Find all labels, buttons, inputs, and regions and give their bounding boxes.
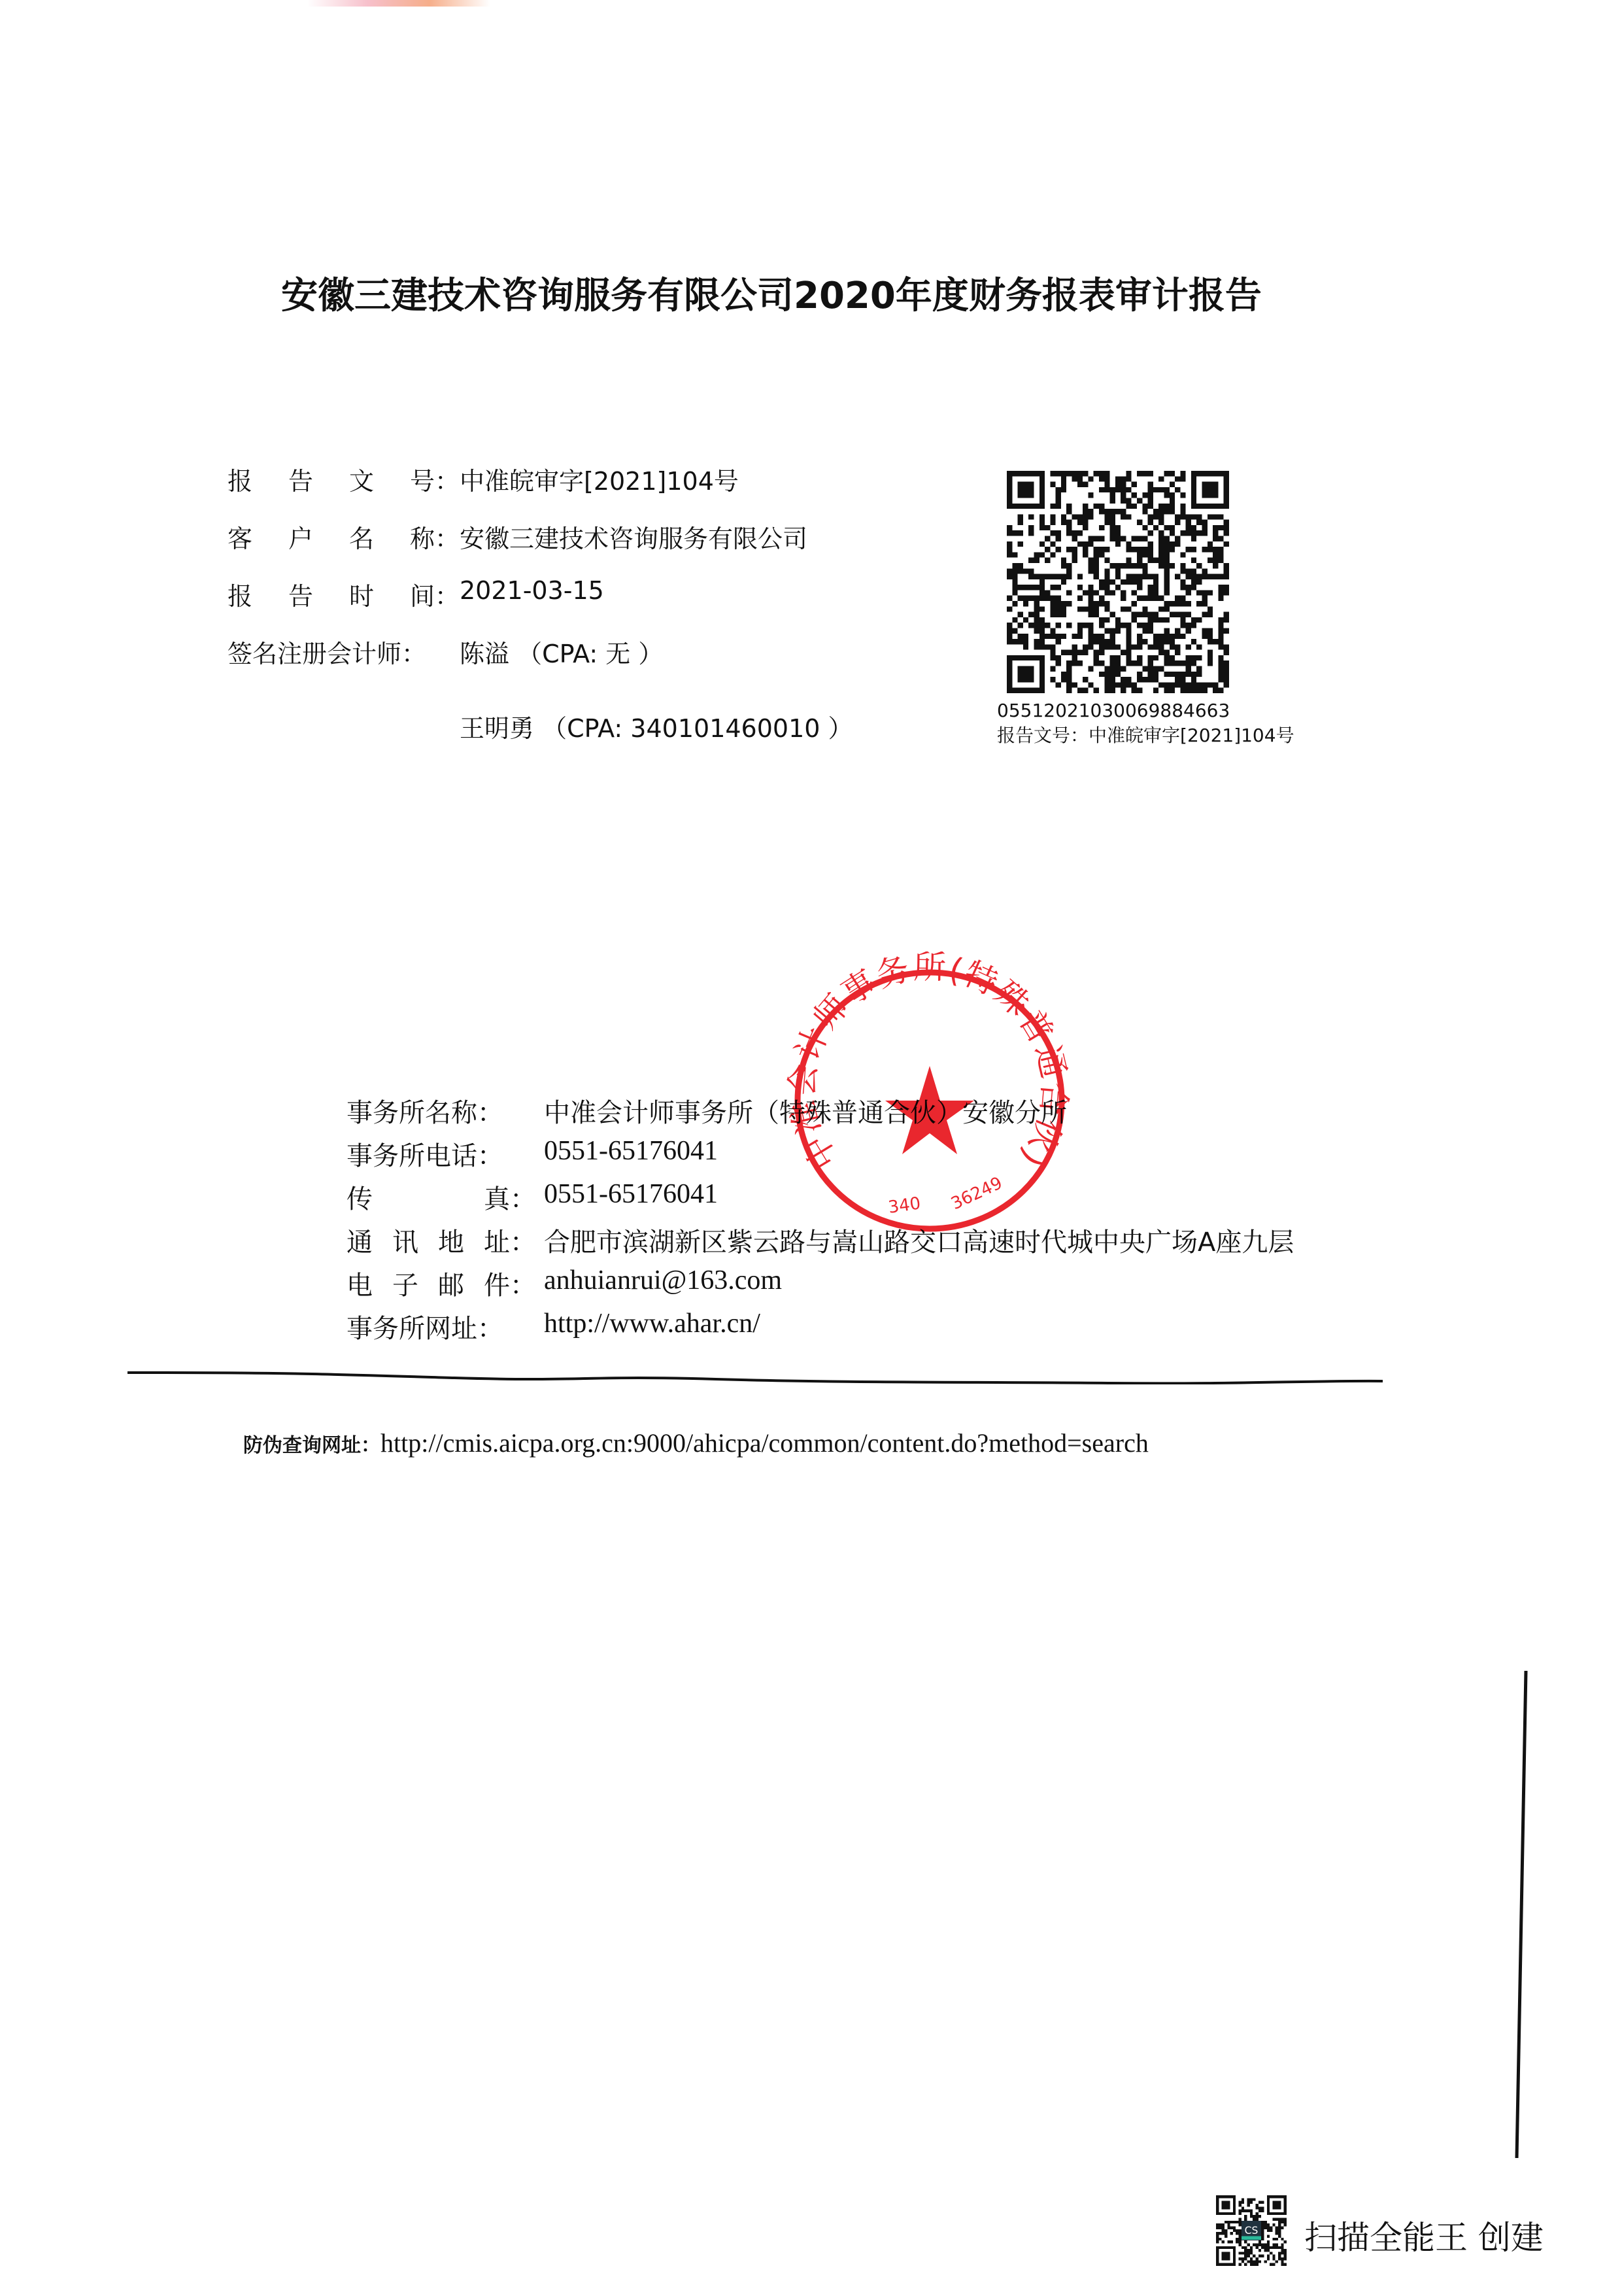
label-text: 事务所名称： (346, 1092, 503, 1129)
signing-cpa-label: 签名注册会计师： (228, 634, 460, 670)
signing-cpa-row-2: 王明勇 （CPA: 340101460010 ） (228, 708, 853, 744)
svg-text:36249: 36249 (948, 1173, 1005, 1214)
firm-address-label: 通 讯 地 址： (346, 1222, 536, 1259)
report-date-label: 报 告 时 间： (228, 576, 460, 612)
label-text: 签名注册会计师： (228, 634, 426, 670)
firm-fax-value: 0551-65176041 (544, 1178, 718, 1216)
report-number-label: 报 告 文 号： (228, 461, 460, 497)
label-char: 告 (288, 576, 313, 612)
firm-phone-row: 事务所电话： 0551-65176041 (346, 1135, 718, 1173)
empty-label (228, 708, 460, 744)
firm-name-value: 中准会计师事务所（特殊普通合伙）安徽分所 (544, 1092, 1067, 1129)
firm-phone-value: 0551-65176041 (544, 1135, 718, 1173)
document-title: 安徽三建技术咨询服务有限公司2020年度财务报表审计报告 (281, 267, 1353, 319)
qr-report-number: 报告文号：中准皖审字[2021]104号 (997, 723, 1294, 748)
verification-label: 防伪查询网址： (243, 1434, 380, 1457)
label-char: 报 (228, 576, 252, 612)
label-char: 传 (346, 1178, 373, 1216)
firm-website-row: 事务所网址： http://www.ahar.cn/ (346, 1308, 760, 1345)
qr-code-icon (1007, 471, 1229, 693)
firm-fax-row: 传 真： 0551-65176041 (346, 1178, 718, 1216)
qr-caption: 05512021030069884663 报告文号：中准皖审字[2021]104… (997, 698, 1294, 748)
label-char: 户 (288, 519, 313, 555)
label-text: 事务所网址： (346, 1308, 503, 1345)
label-char: 号： (410, 461, 460, 497)
svg-text:中准会计师事务所(特殊普通合伙)安徽分所: 中准会计师事务所(特殊普通合伙)安徽分所 (785, 951, 1072, 1176)
firm-fax-label: 传 真： (346, 1178, 536, 1216)
camscanner-qr-icon: CS (1216, 2195, 1287, 2266)
firm-name-label: 事务所名称： (346, 1092, 536, 1129)
firm-address-row: 通 讯 地 址： 合肥市滨湖新区紫云路与嵩山路交口高速时代城中央广场A座九层 (346, 1222, 1294, 1259)
label-char: 邮 (438, 1265, 464, 1302)
label-char: 件： (484, 1265, 536, 1302)
label-char: 子 (392, 1265, 418, 1302)
label-char: 文 (349, 461, 374, 497)
label-char: 真： (484, 1178, 536, 1216)
signing-cpa-row: 签名注册会计师： 陈溢 （CPA: 无 ） (228, 634, 663, 670)
firm-email-label: 电 子 邮 件： (346, 1265, 536, 1302)
report-date-row: 报 告 时 间： 2021-03-15 (228, 576, 604, 612)
label-char: 时 (349, 576, 374, 612)
label-char: 间： (410, 576, 460, 612)
svg-text:340: 340 (887, 1193, 922, 1218)
firm-website-label: 事务所网址： (346, 1308, 536, 1345)
firm-website-link[interactable]: http://www.ahar.cn/ (544, 1308, 760, 1345)
client-name-label: 客 户 名 称： (228, 519, 460, 555)
verification-line: 防伪查询网址：http://cmis.aicpa.org.cn:9000/ahi… (243, 1428, 1149, 1458)
label-char: 电 (346, 1265, 373, 1302)
report-date-value: 2021-03-15 (460, 576, 604, 612)
firm-address-value: 合肥市滨湖新区紫云路与嵩山路交口高速时代城中央广场A座九层 (544, 1222, 1294, 1259)
scan-artifact (307, 0, 490, 7)
firm-email-value[interactable]: anhuianrui@163.com (544, 1265, 782, 1302)
client-name-row: 客 户 名 称： 安徽三建技术咨询服务有限公司 (228, 519, 807, 555)
label-char: 客 (228, 519, 252, 555)
label-char: 讯 (392, 1222, 418, 1259)
divider-line (127, 1369, 1383, 1384)
firm-name-row: 事务所名称： 中准会计师事务所（特殊普通合伙）安徽分所 (346, 1092, 1067, 1129)
firm-email-row: 电 子 邮 件： anhuianrui@163.com (346, 1265, 782, 1302)
qr-report-label: 报告文号： (997, 725, 1089, 746)
label-text: 事务所电话： (346, 1135, 503, 1173)
client-name-value: 安徽三建技术咨询服务有限公司 (460, 519, 807, 555)
firm-phone-label: 事务所电话： (346, 1135, 536, 1173)
report-number-value: 中准皖审字[2021]104号 (460, 461, 739, 497)
signing-cpa-2: 王明勇 （CPA: 340101460010 ） (460, 708, 853, 744)
signing-cpa-1: 陈溢 （CPA: 无 ） (460, 634, 663, 670)
label-char: 名 (349, 519, 374, 555)
qr-report-value: 中准皖审字[2021]104号 (1089, 725, 1294, 746)
watermark-text: 扫描全能王 创建 (1304, 2212, 1544, 2259)
report-number-row: 报 告 文 号： 中准皖审字[2021]104号 (228, 461, 739, 497)
label-char: 告 (288, 461, 313, 497)
label-char: 报 (228, 461, 252, 497)
label-char: 地 (438, 1222, 464, 1259)
label-char: 通 (346, 1222, 373, 1259)
label-char: 址： (484, 1222, 536, 1259)
qr-serial: 05512021030069884663 (997, 698, 1294, 723)
page-edge-line (1510, 1671, 1536, 2158)
verification-url[interactable]: http://cmis.aicpa.org.cn:9000/ahicpa/com… (380, 1428, 1149, 1458)
label-char: 称： (410, 519, 460, 555)
svg-text:CS: CS (1245, 2225, 1259, 2236)
